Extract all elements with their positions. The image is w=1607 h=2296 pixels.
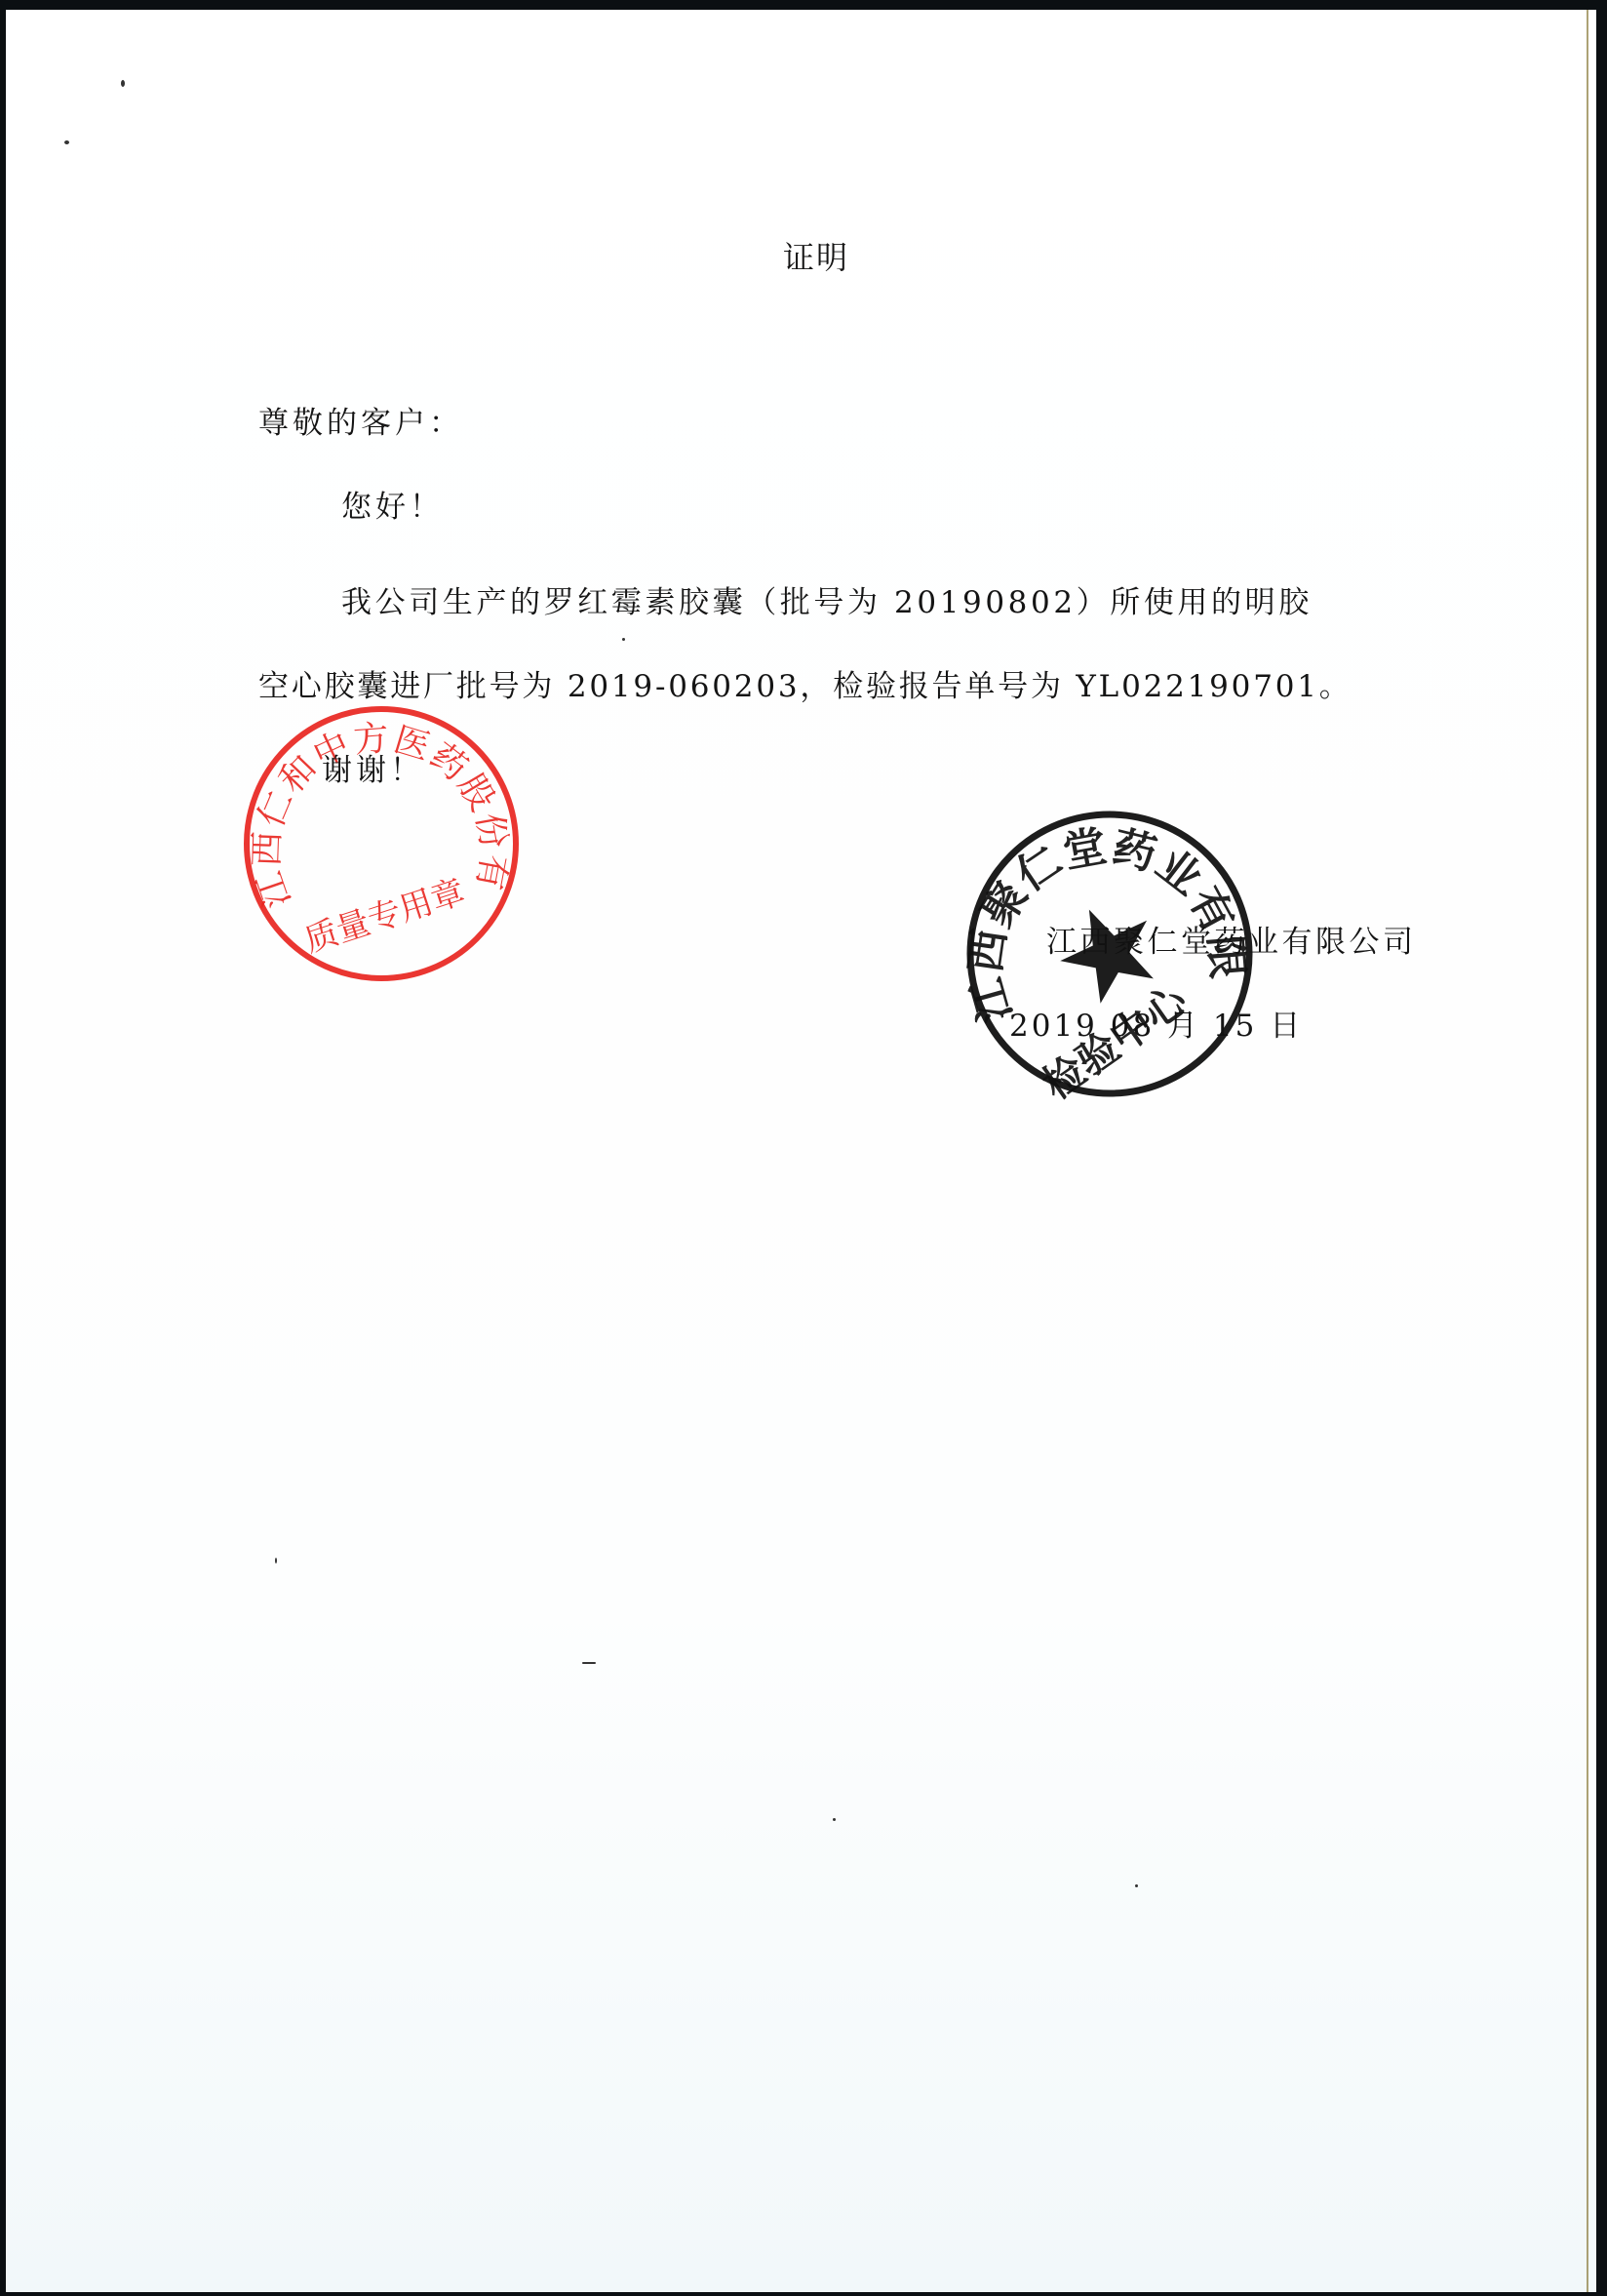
scan-speck xyxy=(833,1818,836,1821)
seal-outer-text: 江西聚仁堂药业有限公司 xyxy=(965,808,1252,1027)
seal-outer-text: 江西仁和中方医药股份有限公司 xyxy=(242,704,514,913)
black-inspection-seal: 江西聚仁堂药业有限公司 检验中心 xyxy=(965,808,1254,1100)
body-line-1: 我公司生产的罗红霉素胶囊（批号为 20190802）所使用的明胶 xyxy=(341,583,1313,622)
scan-speck xyxy=(275,1558,277,1564)
scan-edge-line xyxy=(1587,10,1588,2292)
seal-inner-text: 质量专用章 xyxy=(300,872,470,961)
scan-speck xyxy=(1135,1884,1138,1887)
red-quality-seal: 江西仁和中方医药股份有限公司 质量专用章 xyxy=(242,704,521,983)
salutation: 尊敬的客户： xyxy=(258,404,463,443)
scan-speck xyxy=(582,1662,596,1664)
scan-speck xyxy=(622,638,625,641)
body-line-2: 空心胶囊进厂批号为 2019-060203，检验报告单号为 YL02219070… xyxy=(258,667,1352,706)
closing: 谢谢！ xyxy=(322,751,424,790)
scan-speck xyxy=(64,140,69,144)
document-page xyxy=(6,10,1596,2292)
scan-speck xyxy=(121,80,125,87)
greeting: 您好！ xyxy=(341,488,444,527)
document-title: 证明 xyxy=(783,238,849,277)
